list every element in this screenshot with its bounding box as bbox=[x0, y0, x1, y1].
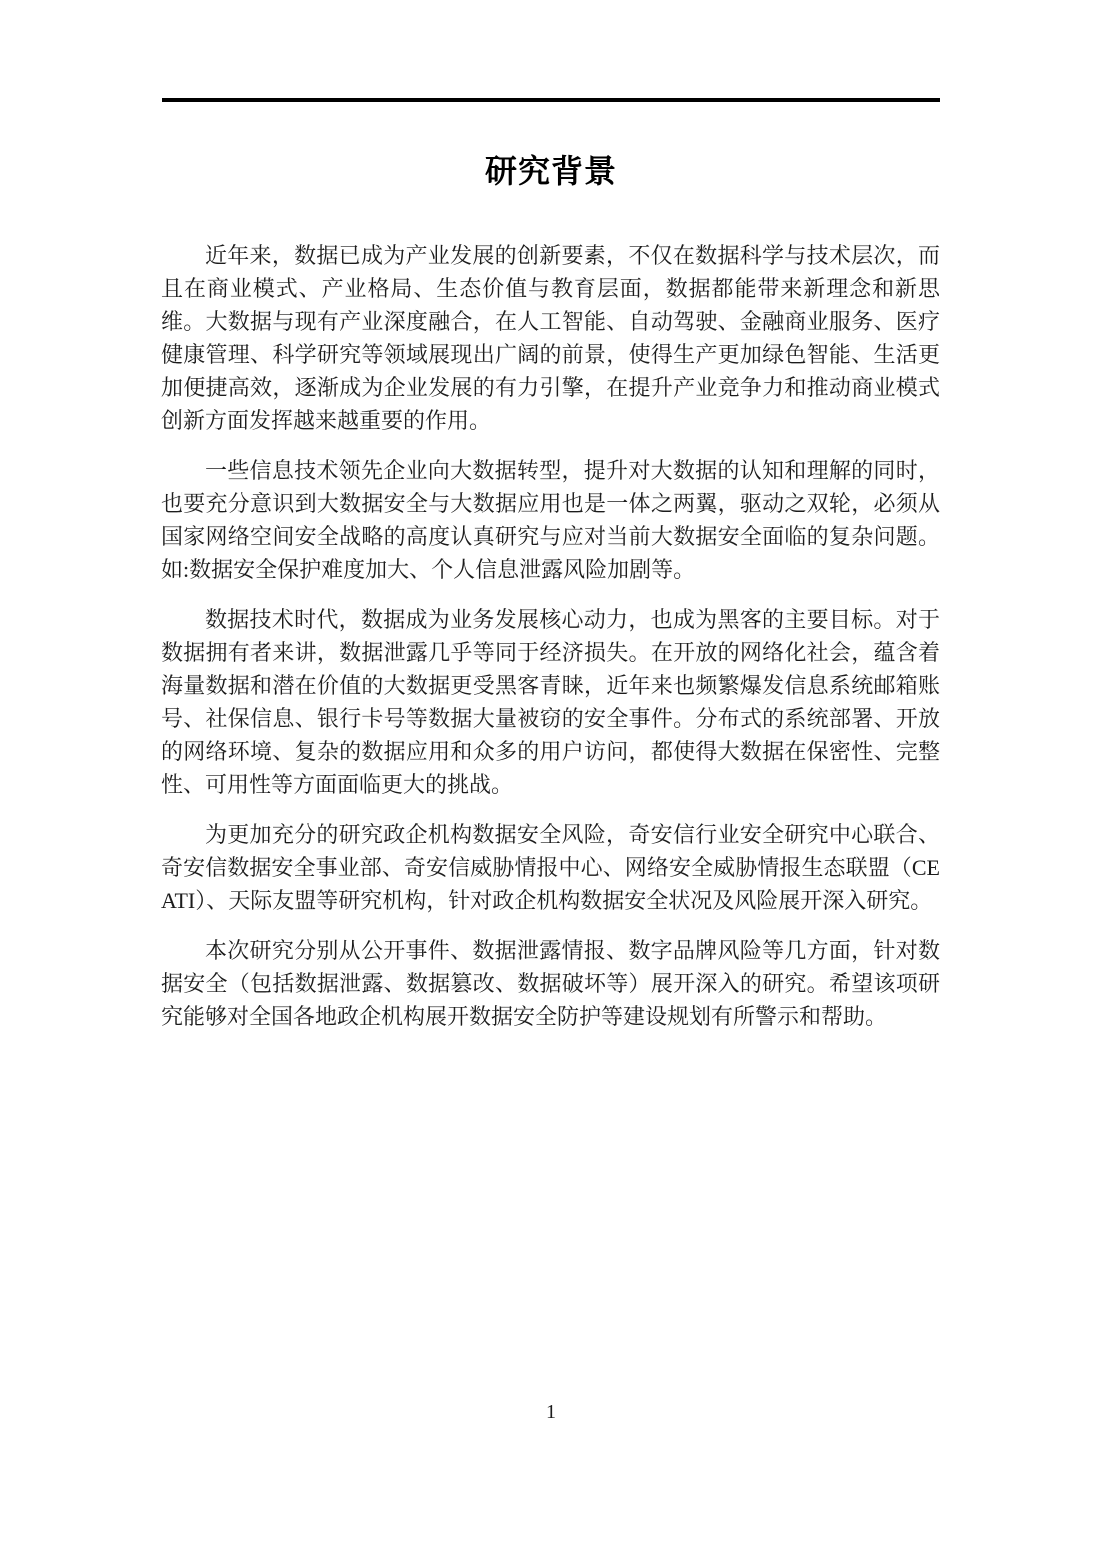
page-number: 1 bbox=[0, 1400, 1102, 1424]
paragraph-1: 近年来，数据已成为产业发展的创新要素，不仅在数据科学与技术层次，而且在商业模式、… bbox=[161, 239, 940, 437]
paragraph-3: 数据技术时代，数据成为业务发展核心动力，也成为黑客的主要目标。对于数据拥有者来讲… bbox=[161, 603, 940, 801]
paragraph-5: 本次研究分别从公开事件、数据泄露情报、数字品牌风险等几方面，针对数据安全（包括数… bbox=[161, 934, 940, 1033]
paragraph-4: 为更加充分的研究政企机构数据安全风险，奇安信行业安全研究中心联合、奇安信数据安全… bbox=[161, 818, 940, 917]
document-page: 研究背景 近年来，数据已成为产业发展的创新要素，不仅在数据科学与技术层次，而且在… bbox=[0, 0, 1102, 1559]
page-title: 研究背景 bbox=[0, 146, 1102, 192]
paragraph-2: 一些信息技术领先企业向大数据转型，提升对大数据的认知和理解的同时，也要充分意识到… bbox=[161, 454, 940, 586]
header-rule bbox=[162, 98, 940, 102]
document-body: 近年来，数据已成为产业发展的创新要素，不仅在数据科学与技术层次，而且在商业模式、… bbox=[161, 239, 940, 1050]
